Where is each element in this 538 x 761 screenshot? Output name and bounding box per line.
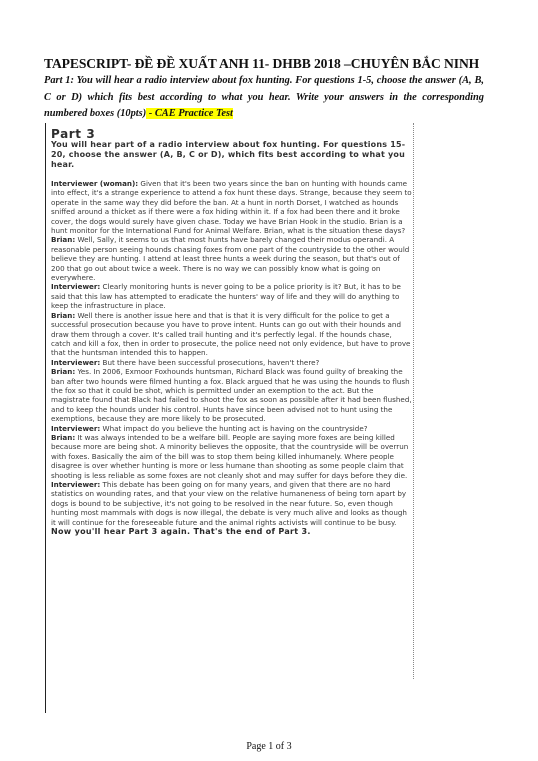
dialogue-turn: Interviewer: What impact do you believe … — [51, 424, 413, 433]
speaker-label: Interviewer (woman): — [51, 179, 138, 188]
part-instructions: Part 1: You will hear a radio interview … — [44, 73, 484, 123]
source-highlight: - CAE Practice Test — [146, 108, 233, 119]
scan-right-border — [413, 123, 414, 679]
document-page: TAPESCRIPT- ĐỀ ĐỀ XUẤT ANH 11- DHBB 2018… — [0, 0, 538, 761]
dialogue-turn: Interviewer: Clearly monitoring hunts is… — [51, 282, 413, 310]
speaker-label: Interviewer: — [51, 282, 100, 291]
speaker-label: Brian: — [51, 311, 75, 320]
dialogue-turn: Brian: Yes. In 2006, Exmoor Foxhounds hu… — [51, 367, 413, 423]
tapescript-body: Part 3 You will hear part of a radio int… — [51, 128, 413, 536]
turn-text: Yes. In 2006, Exmoor Foxhounds huntsman,… — [51, 367, 412, 423]
speaker-label: Brian: — [51, 367, 75, 376]
dialogue-turn: Brian: Well there is another issue here … — [51, 311, 413, 358]
dialogue-turn: Interviewer (woman): Given that it's bee… — [51, 179, 413, 235]
dialogue-turn: Interviewer: But there have been success… — [51, 358, 413, 367]
turn-text: Well there is another issue here and tha… — [51, 311, 410, 358]
part-ending: Now you'll hear Part 3 again. That's the… — [51, 527, 413, 536]
dialogue-turn: Brian: It was always intended to be a we… — [51, 433, 413, 480]
speaker-label: Interviewer: — [51, 424, 100, 433]
source-separator: - — [146, 108, 155, 119]
turn-text: What impact do you believe the hunting a… — [100, 424, 367, 433]
speaker-label: Brian: — [51, 433, 75, 442]
page-number: Page 1 of 3 — [0, 741, 538, 752]
part-heading: Part 3 — [51, 128, 413, 140]
turn-text: This debate has been going on for many y… — [51, 480, 407, 527]
source-label: CAE Practice Test — [155, 108, 233, 119]
dialogue-turn: Brian: Well, Sally, it seems to us that … — [51, 235, 413, 282]
part-intro: You will hear part of a radio interview … — [51, 140, 413, 170]
turn-text: But there have been successful prosecuti… — [100, 358, 319, 367]
turn-text: It was always intended to be a welfare b… — [51, 433, 408, 480]
scanned-tapescript-image: Part 3 You will hear part of a radio int… — [45, 123, 414, 713]
turn-text: Clearly monitoring hunts is never going … — [51, 282, 401, 310]
dialogue-turn: Interviewer: This debate has been going … — [51, 480, 413, 527]
instructions-text: Part 1: You will hear a radio interview … — [44, 75, 484, 119]
speaker-label: Interviewer: — [51, 480, 100, 489]
document-title: TAPESCRIPT- ĐỀ ĐỀ XUẤT ANH 11- DHBB 2018… — [44, 56, 514, 72]
speaker-label: Interviewer: — [51, 358, 100, 367]
turn-text: Well, Sally, it seems to us that most hu… — [51, 235, 409, 282]
speaker-label: Brian: — [51, 235, 75, 244]
